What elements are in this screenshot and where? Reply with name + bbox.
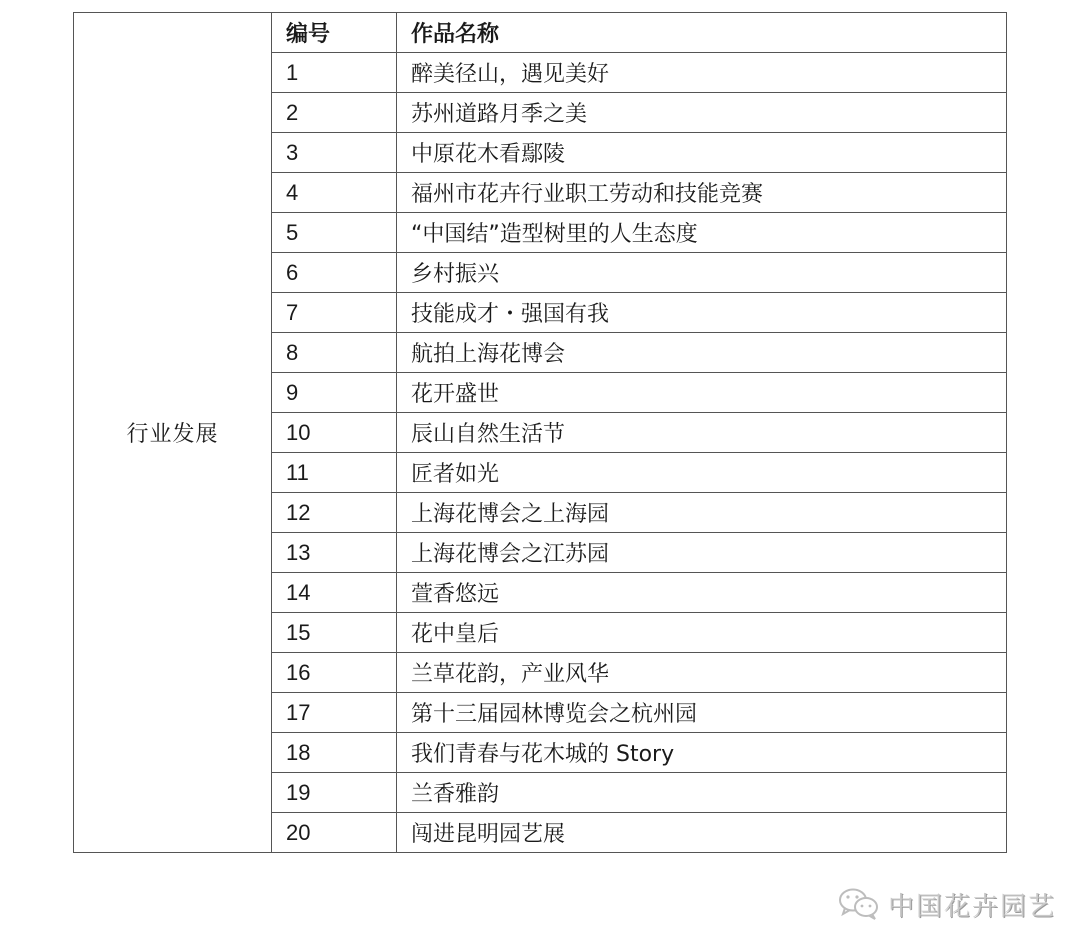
row-number: 4 <box>272 173 397 213</box>
row-title: 兰香雅韵 <box>397 773 1007 813</box>
row-title: 醉美径山，遇见美好 <box>397 53 1007 93</box>
row-title: 我们青春与花木城的 Story <box>397 733 1007 773</box>
row-number: 1 <box>272 53 397 93</box>
row-number: 9 <box>272 373 397 413</box>
row-title: 花中皇后 <box>397 613 1007 653</box>
row-number: 19 <box>272 773 397 813</box>
row-number: 10 <box>272 413 397 453</box>
header-row: 行业发展 编号 作品名称 <box>74 13 1007 53</box>
row-title: 中原花木看鄢陵 <box>397 133 1007 173</box>
row-title: 航拍上海花博会 <box>397 333 1007 373</box>
row-title: 乡村振兴 <box>397 253 1007 293</box>
row-number: 7 <box>272 293 397 333</box>
row-title: 辰山自然生活节 <box>397 413 1007 453</box>
row-number: 20 <box>272 813 397 853</box>
row-number: 3 <box>272 133 397 173</box>
row-title: 福州市花卉行业职工劳动和技能竞赛 <box>397 173 1007 213</box>
row-number: 6 <box>272 253 397 293</box>
header-number: 编号 <box>272 13 397 53</box>
row-number: 15 <box>272 613 397 653</box>
row-number: 14 <box>272 573 397 613</box>
watermark: 中国花卉园艺 <box>838 884 1056 924</box>
row-title: 匠者如光 <box>397 453 1007 493</box>
header-title: 作品名称 <box>397 13 1007 53</box>
row-title: “中国结”造型树里的人生态度 <box>397 213 1007 253</box>
row-number: 16 <box>272 653 397 693</box>
awards-table: 行业发展 编号 作品名称 1醉美径山，遇见美好2苏州道路月季之美3中原花木看鄢陵… <box>73 12 1007 853</box>
wechat-icon <box>838 887 880 921</box>
row-title: 第十三届园林博览会之杭州园 <box>397 693 1007 733</box>
row-number: 17 <box>272 693 397 733</box>
row-number: 5 <box>272 213 397 253</box>
row-number: 8 <box>272 333 397 373</box>
row-number: 11 <box>272 453 397 493</box>
row-number: 2 <box>272 93 397 133</box>
row-title: 上海花博会之江苏园 <box>397 533 1007 573</box>
row-title: 兰草花韵，产业风华 <box>397 653 1007 693</box>
row-number: 18 <box>272 733 397 773</box>
row-title: 苏州道路月季之美 <box>397 93 1007 133</box>
watermark-text: 中国花卉园艺 <box>888 886 1056 923</box>
row-title: 技能成才・强国有我 <box>397 293 1007 333</box>
row-number: 12 <box>272 493 397 533</box>
category-cell: 行业发展 <box>74 13 272 853</box>
row-title: 闯进昆明园艺展 <box>397 813 1007 853</box>
row-title: 上海花博会之上海园 <box>397 493 1007 533</box>
row-title: 萱香悠远 <box>397 573 1007 613</box>
row-title: 花开盛世 <box>397 373 1007 413</box>
row-number: 13 <box>272 533 397 573</box>
